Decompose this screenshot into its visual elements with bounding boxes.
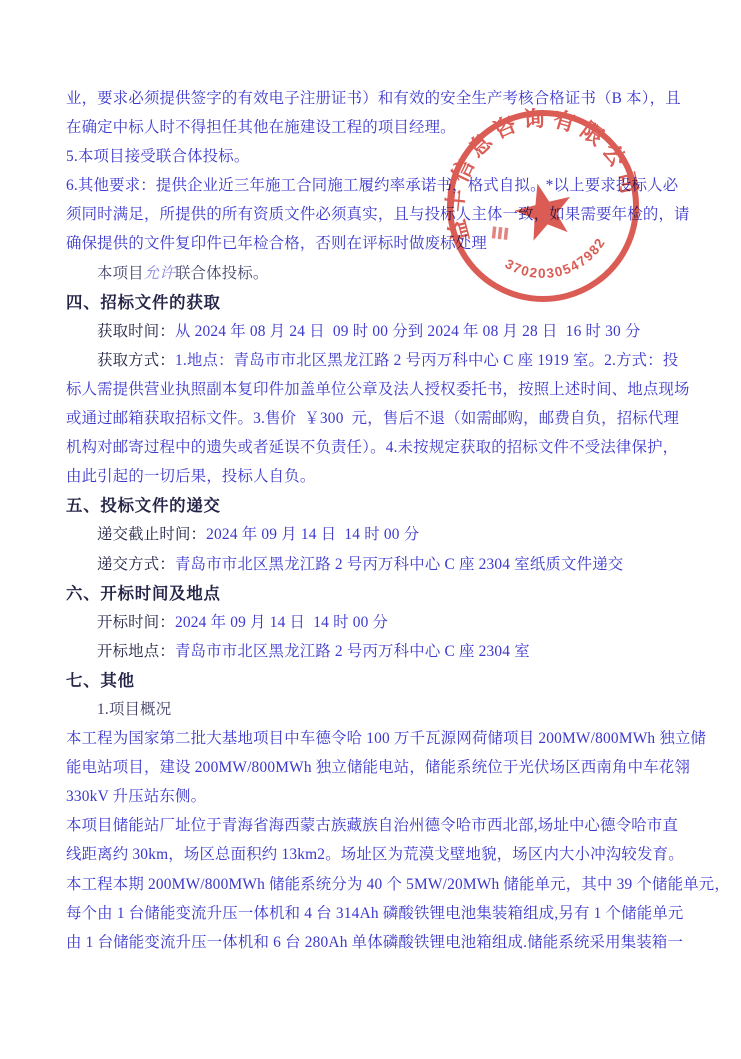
doc-line-body: 本工程为国家第二批大基地项目中车德令哈 100 万千瓦源网荷储项目 200MW/… [66, 724, 680, 753]
document-lines: 业，要求必须提供签字的有效电子注册证书）和有效的安全生产考核合格证书（B 本），… [66, 84, 680, 957]
emphasized-text: 允许 [144, 265, 175, 282]
line-value: 2024 年 09 月 14 日 14 时 00 分 [175, 614, 388, 631]
line-label: 开标时间： [97, 614, 175, 631]
doc-line-body: 标人需提供营业执照副本复印件加盖单位公章及法人授权委托书，按照上述时间、地点现场 [66, 375, 680, 404]
doc-line-labeled: 开标时间：2024 年 09 月 14 日 14 时 00 分 [66, 608, 680, 637]
line-value: 从 2024 年 08 月 24 日 09 时 00 分到 2024 年 08 … [175, 323, 641, 340]
document-page: 业，要求必须提供签字的有效电子注册证书）和有效的安全生产考核合格证书（B 本），… [0, 0, 741, 1059]
doc-line-body: 在确定中标人时不得担任其他在施建设工程的项目经理。 [66, 113, 680, 142]
doc-line-body: 本项目储能站厂址位于青海省海西蒙古族藏族自治州德令哈市西北部,场址中心德令哈市直 [66, 811, 680, 840]
doc-line-heading: 六、开标时间及地点 [66, 579, 680, 608]
line-label: 递交方式： [97, 556, 175, 573]
doc-line-body: 5.本项目接受联合体投标。 [66, 142, 680, 171]
doc-line-heading: 七、其他 [66, 666, 680, 695]
doc-line-heading: 五、投标文件的递交 [66, 491, 680, 520]
line-label: 开标地点： [97, 643, 175, 660]
page: { "colors": { "body_text": "#3c38cc", "h… [0, 0, 741, 1059]
line-label: 获取时间： [97, 323, 175, 340]
line-value: 1.地点：青岛市市北区黑龙江路 2 号丙万科中心 C 座 1919 室。2.方式… [175, 352, 678, 369]
line-value: 青岛市市北区黑龙江路 2 号丙万科中心 C 座 2304 室 [175, 643, 530, 660]
doc-line-body: 由此引起的一切后果，投标人自负。 [66, 462, 680, 491]
doc-line-body: 330kV 升压站东侧。 [66, 782, 680, 811]
line-label: 获取方式： [97, 352, 175, 369]
doc-line-labeled: 获取时间：从 2024 年 08 月 24 日 09 时 00 分到 2024 … [66, 317, 680, 346]
doc-line-labeled: 开标地点：青岛市市北区黑龙江路 2 号丙万科中心 C 座 2304 室 [66, 637, 680, 666]
line-value: 2024 年 09 月 14 日 14 时 00 分 [206, 526, 419, 543]
doc-line-body: 确保提供的文件复印件已年检合格，否则在评标时做废标处理 [66, 229, 680, 258]
doc-line-body: 机构对邮寄过程中的遗失或者延误不负责任）。4.未按规定获取的招标文件不受法律保护… [66, 433, 680, 462]
doc-line-body: 本工程本期 200MW/800MWh 储能系统分为 40 个 5MW/20MWh… [66, 870, 680, 899]
line-value: 青岛市市北区黑龙江路 2 号丙万科中心 C 座 2304 室纸质文件递交 [175, 556, 623, 573]
doc-line-body: 线距离约 30km，场区总面积约 13km2。场址区为荒漠戈壁地貌，场区内大小冲… [66, 840, 680, 869]
doc-line-body: 6.其他要求：提供企业近三年施工合同施工履约率承诺书，格式自拟。*以上要求投标人… [66, 171, 680, 200]
doc-line-body: 每个由 1 台储能变流升压一体机和 4 台 314Ah 磷酸铁锂电池集装箱组成,… [66, 899, 680, 928]
doc-line-body: 或通过邮箱获取招标文件。3.售价 ￥300 元，售后不退（如需邮购，邮费自负，招… [66, 404, 680, 433]
doc-line-body: 能电站项目，建设 200MW/800MWh 独立储能电站，储能系统位于光伏场区西… [66, 753, 680, 782]
line-label: 递交截止时间： [97, 526, 206, 543]
doc-line-body: 业，要求必须提供签字的有效电子注册证书）和有效的安全生产考核合格证书（B 本），… [66, 84, 680, 113]
doc-line-heading: 四、招标文件的获取 [66, 288, 680, 317]
doc-line-labeled: 递交方式：青岛市市北区黑龙江路 2 号丙万科中心 C 座 2304 室纸质文件递… [66, 550, 680, 579]
doc-line-labeled: 获取方式：1.地点：青岛市市北区黑龙江路 2 号丙万科中心 C 座 1919 室… [66, 346, 680, 375]
doc-line-body: 须同时满足，所提供的所有资质文件必须真实，且与投标人主体一致，如果需要年检的，请 [66, 200, 680, 229]
line-text: 联合体投标。 [175, 265, 269, 282]
doc-line-body: 由 1 台储能变流升压一体机和 6 台 280Ah 单体磷酸铁锂电池箱组成.储能… [66, 928, 680, 957]
doc-line-mixed: 本项目允许联合体投标。 [66, 259, 680, 288]
line-text: 本项目 [97, 265, 144, 282]
doc-line-labeled: 递交截止时间：2024 年 09 月 14 日 14 时 00 分 [66, 520, 680, 549]
doc-line-sub: 1.项目概况 [66, 695, 680, 724]
